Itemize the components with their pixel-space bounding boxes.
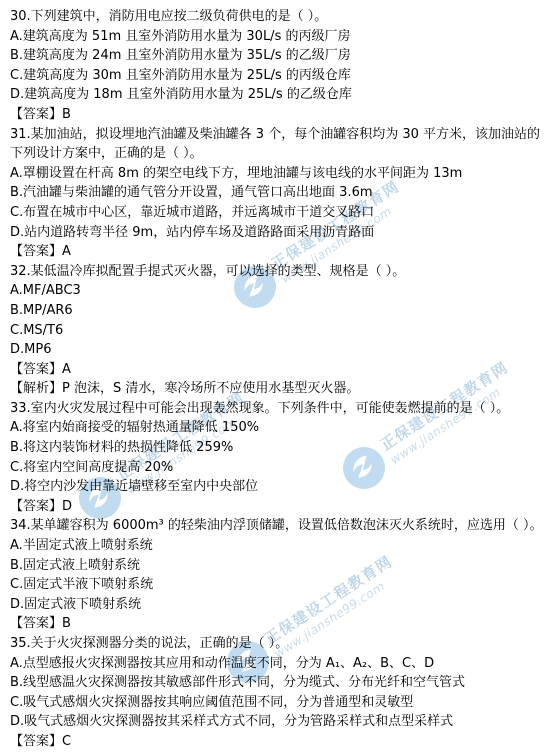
answer-prefix: 【答案】 bbox=[10, 107, 62, 122]
question-stem: 30.下列建筑中，消防用电应按二级负荷供电的是（ ）。 bbox=[10, 7, 547, 27]
answer-line: 【答案】A bbox=[10, 360, 547, 380]
question-option: C.吸气式感烟火灾探测器按其响应阈值范围不同，分为普通型和灵敏型 bbox=[10, 693, 547, 713]
question-option: D.将空内沙发由靠近墙壁移至室内中央部位 bbox=[10, 477, 547, 497]
answer-letter: C bbox=[62, 734, 71, 749]
question-stem: 31.某加油站，拟设埋地汽油罐及柴油罐各 3 个，每个油罐容积均为 30 平方米… bbox=[10, 125, 547, 164]
answer-letter: B bbox=[62, 107, 71, 122]
question-option: B.固定式液上喷射系统 bbox=[10, 556, 547, 576]
answer-prefix: 【答案】 bbox=[10, 616, 62, 631]
question-option: B.MP/AR6 bbox=[10, 301, 547, 321]
question-option: C.建筑高度为 30m 且室外消防用水量为 25L/s 的丙级仓库 bbox=[10, 66, 547, 86]
question-option: D.吸气式感烟火灾探测器按其采样式方式不同，分为管路采样式和点型采样式 bbox=[10, 712, 547, 732]
question-option: C.固定式半液下喷射系统 bbox=[10, 575, 547, 595]
question-option: A.点型感报火灾探测器按其应用和动作温度不同，分为 A₁、A₂、B、C、D bbox=[10, 654, 547, 674]
answer-line: 【答案】B bbox=[10, 614, 547, 634]
question-option: A.建筑高度为 51m 且室外消防用水量为 30L/s 的丙级厂房 bbox=[10, 27, 547, 47]
question-stem: 32.某低温冷库拟配置手提式灭火器，可以选择的类型、规格是（ ）。 bbox=[10, 262, 547, 282]
exam-document-page: 正保建设工程教育网 www.jianshe99.com 正保建设工程教育网 ww… bbox=[0, 0, 553, 753]
answer-letter: D bbox=[62, 499, 72, 514]
answer-prefix: 【答案】 bbox=[10, 244, 62, 259]
question-option: B.线型感温火灾探测器按其敏感部件形式不同，分为缆式、分布光纤和空气管式 bbox=[10, 673, 547, 693]
question-stem: 33.室内火灾发展过程中可能会出现轰然现象。下列条件中，可能使轰燃提前的是（ ）… bbox=[10, 399, 547, 419]
questions-content: 30.下列建筑中，消防用电应按二级负荷供电的是（ ）。A.建筑高度为 51m 且… bbox=[0, 0, 553, 752]
explanation-line: 【解析】P 泡沫，S 清水，寒冷场所不应使用水基型灭火器。 bbox=[10, 379, 547, 399]
question-option: C.MS/T6 bbox=[10, 321, 547, 341]
answer-line: 【答案】D bbox=[10, 497, 547, 517]
explanation-text: P 泡沫，S 清水，寒冷场所不应使用水基型灭火器。 bbox=[62, 381, 359, 396]
question-option: B.将这内装饰材料的热损性降低 259% bbox=[10, 438, 547, 458]
question-option: B.汽油罐与柴油罐的通气管分开设置，通气管口高出地面 3.6m bbox=[10, 183, 547, 203]
question-option: D.建筑高度为 18m 且室外消防用水量为 25L/s 的乙级仓库 bbox=[10, 85, 547, 105]
question-option: D.站内道路转弯半径 9m，站内停车场及道路路面采用沥青路面 bbox=[10, 223, 547, 243]
explanation-prefix: 【解析】 bbox=[10, 381, 62, 396]
answer-prefix: 【答案】 bbox=[10, 499, 62, 514]
question-option: A.半固定式液上喷射系统 bbox=[10, 536, 547, 556]
answer-letter: A bbox=[62, 362, 71, 377]
answer-prefix: 【答案】 bbox=[10, 734, 62, 749]
answer-letter: B bbox=[62, 616, 71, 631]
answer-line: 【答案】B bbox=[10, 105, 547, 125]
question-option: A.MF/ABC3 bbox=[10, 281, 547, 301]
answer-line: 【答案】A bbox=[10, 242, 547, 262]
question-option: A.将室内始商接受的辐射热通量降低 150% bbox=[10, 418, 547, 438]
question-stem: 34.某单罐容积为 6000m³ 的轻柴油内浮顶储罐，设置低倍数泡沫灭火系统时，… bbox=[10, 516, 547, 536]
answer-line: 【答案】C bbox=[10, 732, 547, 752]
answer-letter: A bbox=[62, 244, 71, 259]
question-option: C.布置在城市中心区，靠近城市道路，并远离城市干道交叉路口 bbox=[10, 203, 547, 223]
question-stem: 35.关于火灾探测器分类的说法，正确的是（ ）。 bbox=[10, 634, 547, 654]
question-option: C.将室内空间高度提高 20% bbox=[10, 458, 547, 478]
question-option: B.建筑高度为 24m 且室外消防用水量为 35L/s 的乙级厂房 bbox=[10, 46, 547, 66]
answer-prefix: 【答案】 bbox=[10, 362, 62, 377]
question-option: A.罩棚设置在杆高 8m 的架空电线下方，埋地油罐与该电线的水平间距为 13m bbox=[10, 164, 547, 184]
question-option: D.固定式液下喷射系统 bbox=[10, 595, 547, 615]
question-option: D.MP6 bbox=[10, 340, 547, 360]
